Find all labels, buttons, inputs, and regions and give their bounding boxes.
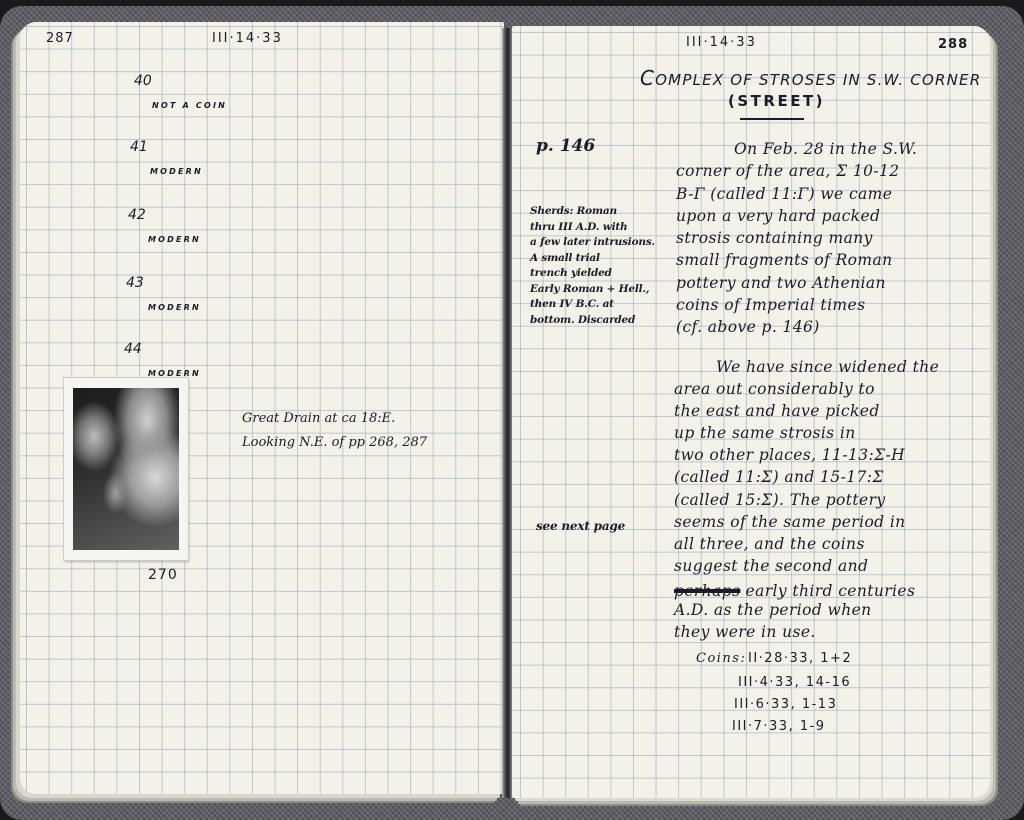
paragraph-line: (called 11:Σ) and 15-17:Σ bbox=[674, 470, 939, 492]
page-date: III·14·33 bbox=[212, 32, 283, 45]
margin-note-line: bottom. Discarded bbox=[530, 315, 655, 331]
entry-number: 42 bbox=[128, 208, 146, 222]
paragraph-line: A.D. as the period when bbox=[674, 603, 939, 625]
margin-note-line: then IV B.C. at bbox=[530, 299, 655, 315]
entry-note: MODERN bbox=[148, 370, 201, 378]
entry-number: 40 bbox=[134, 74, 152, 88]
coin-entry: III·6·33, 1-13 bbox=[734, 698, 837, 711]
photo-image bbox=[73, 388, 179, 550]
paragraph-line-text: early third centuries bbox=[746, 582, 916, 600]
entry-note: MODERN bbox=[148, 236, 201, 244]
coins-label: Coins: bbox=[696, 652, 746, 665]
entry-number: 41 bbox=[130, 140, 148, 154]
see-next-page-note: see next page bbox=[536, 520, 625, 532]
struck-word: perhaps bbox=[674, 582, 740, 600]
paragraph-line: they were in use. bbox=[674, 625, 939, 647]
paragraph-line: perhaps early third centuries bbox=[674, 581, 939, 603]
margin-note-line: trench yielded bbox=[530, 268, 655, 284]
title-text: OMPLEX OF STROSES IN S.W. CORNER bbox=[655, 71, 981, 89]
margin-note-line: Early Roman + Hell., bbox=[530, 284, 655, 300]
paragraph-line: all three, and the coins bbox=[674, 537, 939, 559]
paragraph-line: small fragments of Roman bbox=[676, 253, 917, 275]
photo-number: 270 bbox=[148, 568, 178, 582]
paragraph-line: upon a very hard packed bbox=[676, 209, 917, 231]
page-date: III·14·33 bbox=[686, 36, 757, 49]
paragraph-line: suggest the second and bbox=[674, 559, 939, 581]
page-number: 288 bbox=[938, 38, 968, 51]
paragraph-line: seems of the same period in bbox=[674, 515, 939, 537]
coin-entry: III·4·33, 14-16 bbox=[738, 676, 851, 689]
paragraph-line: On Feb. 28 in the S.W. bbox=[676, 142, 917, 164]
paragraph-line: (cf. above p. 146) bbox=[676, 320, 917, 342]
paragraph-line: (called 15:Σ). The pottery bbox=[674, 493, 939, 515]
paragraph-line: corner of the area, Σ 10-12 bbox=[676, 164, 917, 186]
page-number: 287 bbox=[46, 32, 74, 45]
paragraph-1: On Feb. 28 in the S.W. corner of the are… bbox=[676, 142, 917, 343]
margin-note-line: Sherds: Roman bbox=[530, 206, 655, 222]
coin-entry: II·28·33, 1+2 bbox=[748, 652, 852, 665]
entry-number: 44 bbox=[124, 342, 142, 356]
paragraph-line: up the same strosis in bbox=[674, 426, 939, 448]
paragraph-2: We have since widened the area out consi… bbox=[674, 360, 939, 647]
entry-note: MODERN bbox=[150, 168, 203, 176]
coin-entry: III·7·33, 1-9 bbox=[732, 720, 826, 733]
right-page: III·14·33 288 COMPLEX OF STROSES IN S.W.… bbox=[512, 26, 990, 798]
excavation-photo bbox=[64, 378, 188, 560]
entry-note: NOT A COIN bbox=[152, 102, 227, 110]
paragraph-line: pottery and two Athenian bbox=[676, 276, 917, 298]
paragraph-line: coins of Imperial times bbox=[676, 298, 917, 320]
entry-number: 43 bbox=[126, 276, 144, 290]
subtitle-underline bbox=[740, 118, 804, 120]
margin-note-line: a few later intrusions. bbox=[530, 237, 655, 253]
margin-note-line: A small trial bbox=[530, 253, 655, 269]
paragraph-line: two other places, 11-13:Σ-H bbox=[674, 448, 939, 470]
page-reference: p. 146 bbox=[536, 138, 595, 155]
margin-note-line: thru III A.D. with bbox=[530, 222, 655, 238]
margin-note: Sherds: Roman thru III A.D. with a few l… bbox=[530, 206, 655, 330]
title-initial: C bbox=[640, 66, 655, 90]
entry-note: MODERN bbox=[148, 304, 201, 312]
page-subtitle: (STREET) bbox=[728, 94, 825, 109]
paragraph-line: strosis containing many bbox=[676, 231, 917, 253]
paragraph-line: B-Γ (called 11:Γ) we came bbox=[676, 187, 917, 209]
paragraph-line: the east and have picked bbox=[674, 404, 939, 426]
page-title: COMPLEX OF STROSES IN S.W. CORNER bbox=[640, 68, 981, 88]
photo-caption-line: Great Drain at ca 18:E. bbox=[242, 412, 395, 425]
paragraph-line: We have since widened the bbox=[674, 360, 939, 382]
photo-caption-line: Looking N.E. of pp 268, 287 bbox=[242, 436, 427, 449]
paragraph-line: area out considerably to bbox=[674, 382, 939, 404]
